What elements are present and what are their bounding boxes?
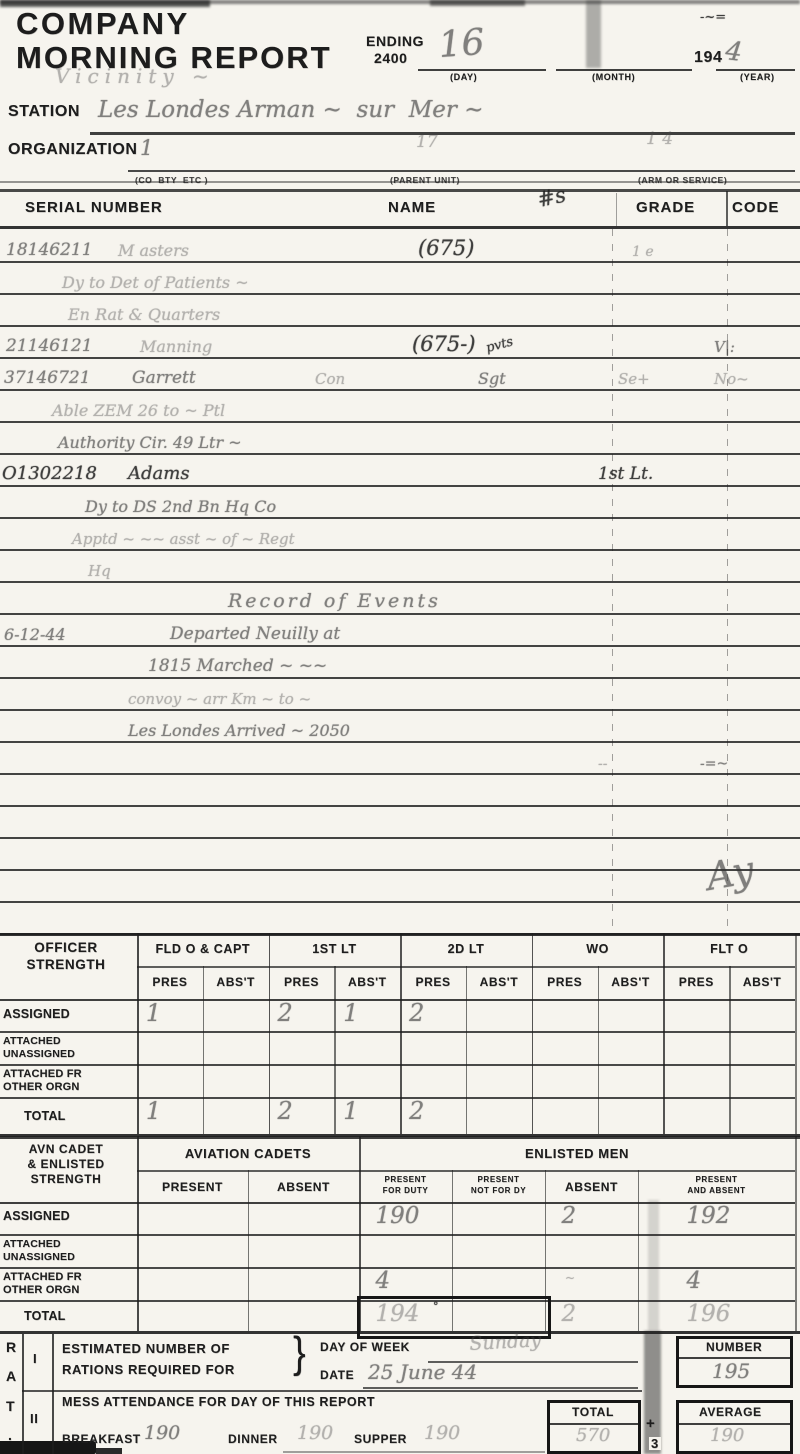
h-rule [0,1097,795,1099]
corner-scrawl: -~= [700,11,726,24]
handwritten-entry: (675-) [412,334,476,355]
title-line1: COMPANY [16,8,190,39]
row-label: ASSIGNED [3,1210,70,1223]
officer-cell-value: 1 [146,1099,161,1123]
roster-header-scrawl: #s [536,185,568,211]
handwritten-entry: -=~ [700,757,728,771]
roster-top-rule-thin [0,181,800,183]
handwritten-entry: O1302218 [2,465,97,483]
enlisted-cell-value: 4 [687,1270,702,1293]
officer-cell-value: 1 [343,1001,358,1025]
stray-mark: ~ [565,1272,575,1284]
station-label: STATION [8,104,80,120]
row-label: UNASSIGNED [3,1252,75,1263]
rations-index-1: I [33,1352,37,1365]
vicinity-scrawl: Vicinity ~ [55,66,215,86]
handwritten-entry: Hq [88,564,111,579]
date-label: DATE [320,1369,354,1381]
year-prefix: 194 [694,50,723,66]
officer-sub-header: ABS'T [362,976,800,988]
row-label: ATTACHED FR [3,1069,82,1080]
handwritten-entry: convoy ~ arr Km ~ to ~ [128,692,311,707]
h-rule [0,1031,795,1033]
handwritten-entry: -- [598,757,607,771]
col-grade: GRADE [636,200,695,215]
sub-col-divider [729,966,730,1134]
handwritten-entry: Con [315,372,345,387]
col-serial-number: SERIAL NUMBER [25,200,163,215]
header-code-divider [726,191,728,226]
day-label: (DAY) [450,73,477,82]
average-box-value: 190 [710,1427,744,1445]
row-label: OTHER ORGN [3,1285,80,1296]
h-rule [0,1234,795,1236]
enlisted-cell-value: 190 [376,1205,420,1228]
handwritten-entry: Departed Neuilly at [170,626,340,643]
dinner-label: DINNER [228,1433,278,1445]
rations-letter-r: R [6,1340,17,1354]
binding-smudge-top [586,0,601,68]
rations-letter-dot: . [8,1428,13,1442]
roster-line: Les Londes Arrived ~ 2050 [0,709,800,743]
signature-scribble: Ay [703,850,756,896]
roster-body: 18146211M asters(675)1 eDy to Det of Pat… [0,229,800,933]
ending-time: 2400 [374,51,408,65]
rations-brace: } [293,1331,306,1375]
officer-cell-value: 2 [278,1001,293,1025]
enlisted-table-top-rule [0,1136,800,1139]
handwritten-entry: En Rat & Quarters [68,307,220,323]
header-grade-divider [616,193,617,226]
handwritten-entry: Manning [140,339,212,355]
handwritten-entry: Sgt [478,371,506,387]
handwritten-entry: 37146721 [4,370,91,387]
handwritten-entry: 1 e [632,245,654,259]
service-scrawl: 1 4 [646,131,673,148]
handwritten-entry: Garrett [132,370,196,387]
number-box-label: NUMBER [706,1341,762,1353]
supper-label: SUPPER [354,1433,407,1445]
roster-line [0,805,800,839]
scan-top-edge-mid [430,0,525,6]
right-edge-rule [795,1136,797,1331]
handwritten-entry: 18146211 [6,242,93,259]
handwritten-entry: 1st Lt. [598,466,653,483]
scan-bottom-corner-tail [96,1448,122,1454]
rations-vline-2 [52,1334,54,1454]
officer-group-header: FLT O [329,943,800,956]
year-value-handwritten: 4 [724,38,744,66]
mess-underline [283,1451,545,1453]
date-line [363,1387,638,1389]
sub-col-divider [203,966,204,1134]
estimated-label-1: ESTIMATED NUMBER OF [62,1342,230,1355]
roster-line: Dy to Det of Patients ~ [0,261,800,295]
roster-line: O1302218Adams1st Lt. [0,453,800,487]
handwritten-entry: Authority Cir. 49 Ltr ~ [58,435,242,451]
roster-grade-column-line [612,229,613,933]
organization-line [128,170,795,172]
handwritten-entry: Les Londes Arrived ~ 2050 [128,723,350,739]
station-value: Les Londes Arman ~ sur Mer ~ [98,99,484,122]
handwritten-entry: Se+ [618,372,650,387]
roster-top-rule [0,189,800,192]
rations-letter-t: T [6,1399,15,1413]
day-of-week-value: Sunday [469,1331,542,1354]
roster-line: 1815 Marched ~ ~~ [0,645,800,679]
organization-label: ORGANIZATION [8,142,138,158]
roster-line: Record of Events [0,581,800,615]
stray-mark: ° [433,1301,439,1312]
handwritten-entry: 6-12-44 [4,627,66,643]
h-rule [0,999,795,1001]
row-label: ATTACHED [3,1036,61,1047]
handwritten-entry: Adams [128,465,190,483]
row-label: OTHER ORGN [3,1082,80,1093]
roster-line: convoy ~ arr Km ~ to ~ [0,677,800,711]
handwritten-entry: Able ZEM 26 to ~ Ptl [52,403,225,419]
enlisted-men-header: ENLISTED MEN [177,1147,800,1160]
total-box-value: 570 [576,1427,610,1445]
parent-unit-scrawl: 17 [416,134,438,151]
month-line [556,69,692,71]
average-box-label: AVERAGE [699,1406,762,1418]
row-label: TOTAL [24,1310,66,1323]
number-box-value: 195 [712,1361,750,1381]
roster-line: En Rat & Quarters [0,293,800,327]
mess-attendance-label: MESS ATTENDANCE FOR DAY OF THIS REPORT [62,1396,375,1409]
col-code: CODE [732,200,779,215]
rations-vline-1 [22,1334,24,1454]
handwritten-entry: Apptd ~ ~~ asst ~ of ~ Regt [72,532,295,547]
enlisted-cell-value: 4 [376,1270,391,1293]
roster-line: ---=~ [0,741,800,775]
handwritten-entry: Dy to Det of Patients ~ [62,275,249,291]
officer-cell-value: 2 [409,1099,424,1123]
handwritten-entry: Record of Events [228,592,441,611]
station-line [90,132,795,135]
breakfast-label: BREAKFAST [62,1433,141,1445]
ending-label: ENDING [366,34,424,48]
handwritten-entry: 1815 Marched ~ ~~ [148,658,327,675]
organization-value: 1 [140,138,153,159]
rations-index-2: II [30,1412,38,1425]
handwritten-entry: (675) [418,238,474,259]
sub-col-divider [598,966,599,1134]
date-value: 25 June 44 [368,1362,477,1382]
roster-line: Able ZEM 26 to ~ Ptl [0,389,800,423]
roster-line: Dy to DS 2nd Bn Hq Co [0,485,800,519]
col-name: NAME [388,200,436,215]
row-label: TOTAL [24,1110,66,1123]
roster-line [0,869,800,903]
sub-col-divider [334,966,335,1134]
supper-value: 190 [424,1424,460,1443]
roster-line: 6-12-44Departed Neuilly at [0,613,800,647]
day-of-week-label: DAY OF WEEK [320,1341,410,1353]
day-value-handwritten: 16 [437,25,485,64]
officer-strength-corner-label: STRENGTH [0,958,466,972]
enlisted-cell-value: 196 [687,1303,731,1326]
roster-code-column-line [727,229,728,933]
roster-line: Authority Cir. 49 Ltr ~ [0,421,800,455]
enlisted-sub-header: AND ABSENT [317,1187,800,1195]
officer-cell-value: 2 [278,1099,293,1123]
roster-line: Apptd ~ ~~ asst ~ of ~ Regt [0,517,800,551]
divide-symbol: + [646,1416,655,1431]
sub-col-divider [466,966,467,1134]
handwritten-entry: M asters [118,243,189,259]
breakfast-value: 190 [144,1424,180,1443]
enlisted-sub-header: PRESENT [317,1176,800,1184]
day-line [418,69,546,71]
year-label: (YEAR) [740,73,775,82]
roster-line: 21146121Manning(675-)pvtsV|: [0,325,800,359]
row-label: ATTACHED FR [3,1272,82,1283]
roster-line [0,773,800,807]
enlisted-cell-value: 2 [562,1205,577,1228]
handwritten-entry: No~ [714,372,749,387]
officer-cell-value: 1 [146,1001,161,1025]
roster-line: Hq [0,549,800,583]
row-label: UNASSIGNED [3,1049,75,1060]
roster-line [0,837,800,871]
total-box-label: TOTAL [572,1406,614,1418]
row-label: ASSIGNED [3,1008,70,1021]
morning-report-scan: COMPANY MORNING REPORT ENDING 2400 16 (D… [0,0,800,1454]
year-line [716,69,795,71]
binding-smudge-mid [648,1200,659,1331]
roster-line: 18146211M asters(675)1 e [0,229,800,263]
dinner-value: 190 [297,1424,333,1443]
roster-line [0,901,800,935]
officer-cell-value: 1 [343,1099,358,1123]
roster-line: 37146721GarrettConSgtSe+No~ [0,357,800,391]
enlisted-cell-value: 192 [687,1205,731,1228]
enlisted-cell-value: 2 [562,1303,577,1326]
h-rule [0,1064,795,1066]
row-label: ATTACHED [3,1239,61,1250]
h-rule [0,1267,795,1269]
handwritten-entry: pvts [485,335,515,355]
handwritten-entry: Dy to DS 2nd Bn Hq Co [85,499,276,515]
group-divider [532,933,534,1134]
divide-by: 3 [649,1437,661,1450]
estimated-label-2: RATIONS REQUIRED FOR [62,1363,235,1376]
rations-letter-a: A [6,1369,17,1383]
officer-cell-value: 2 [409,1001,424,1025]
rations-divider [22,1390,642,1392]
handwritten-entry: V|: [714,340,735,355]
month-label: (MONTH) [592,73,635,82]
handwritten-entry: 21146121 [6,338,93,355]
h-rule [137,1170,795,1172]
right-edge-rule [795,933,797,1134]
group-divider [663,933,665,1134]
